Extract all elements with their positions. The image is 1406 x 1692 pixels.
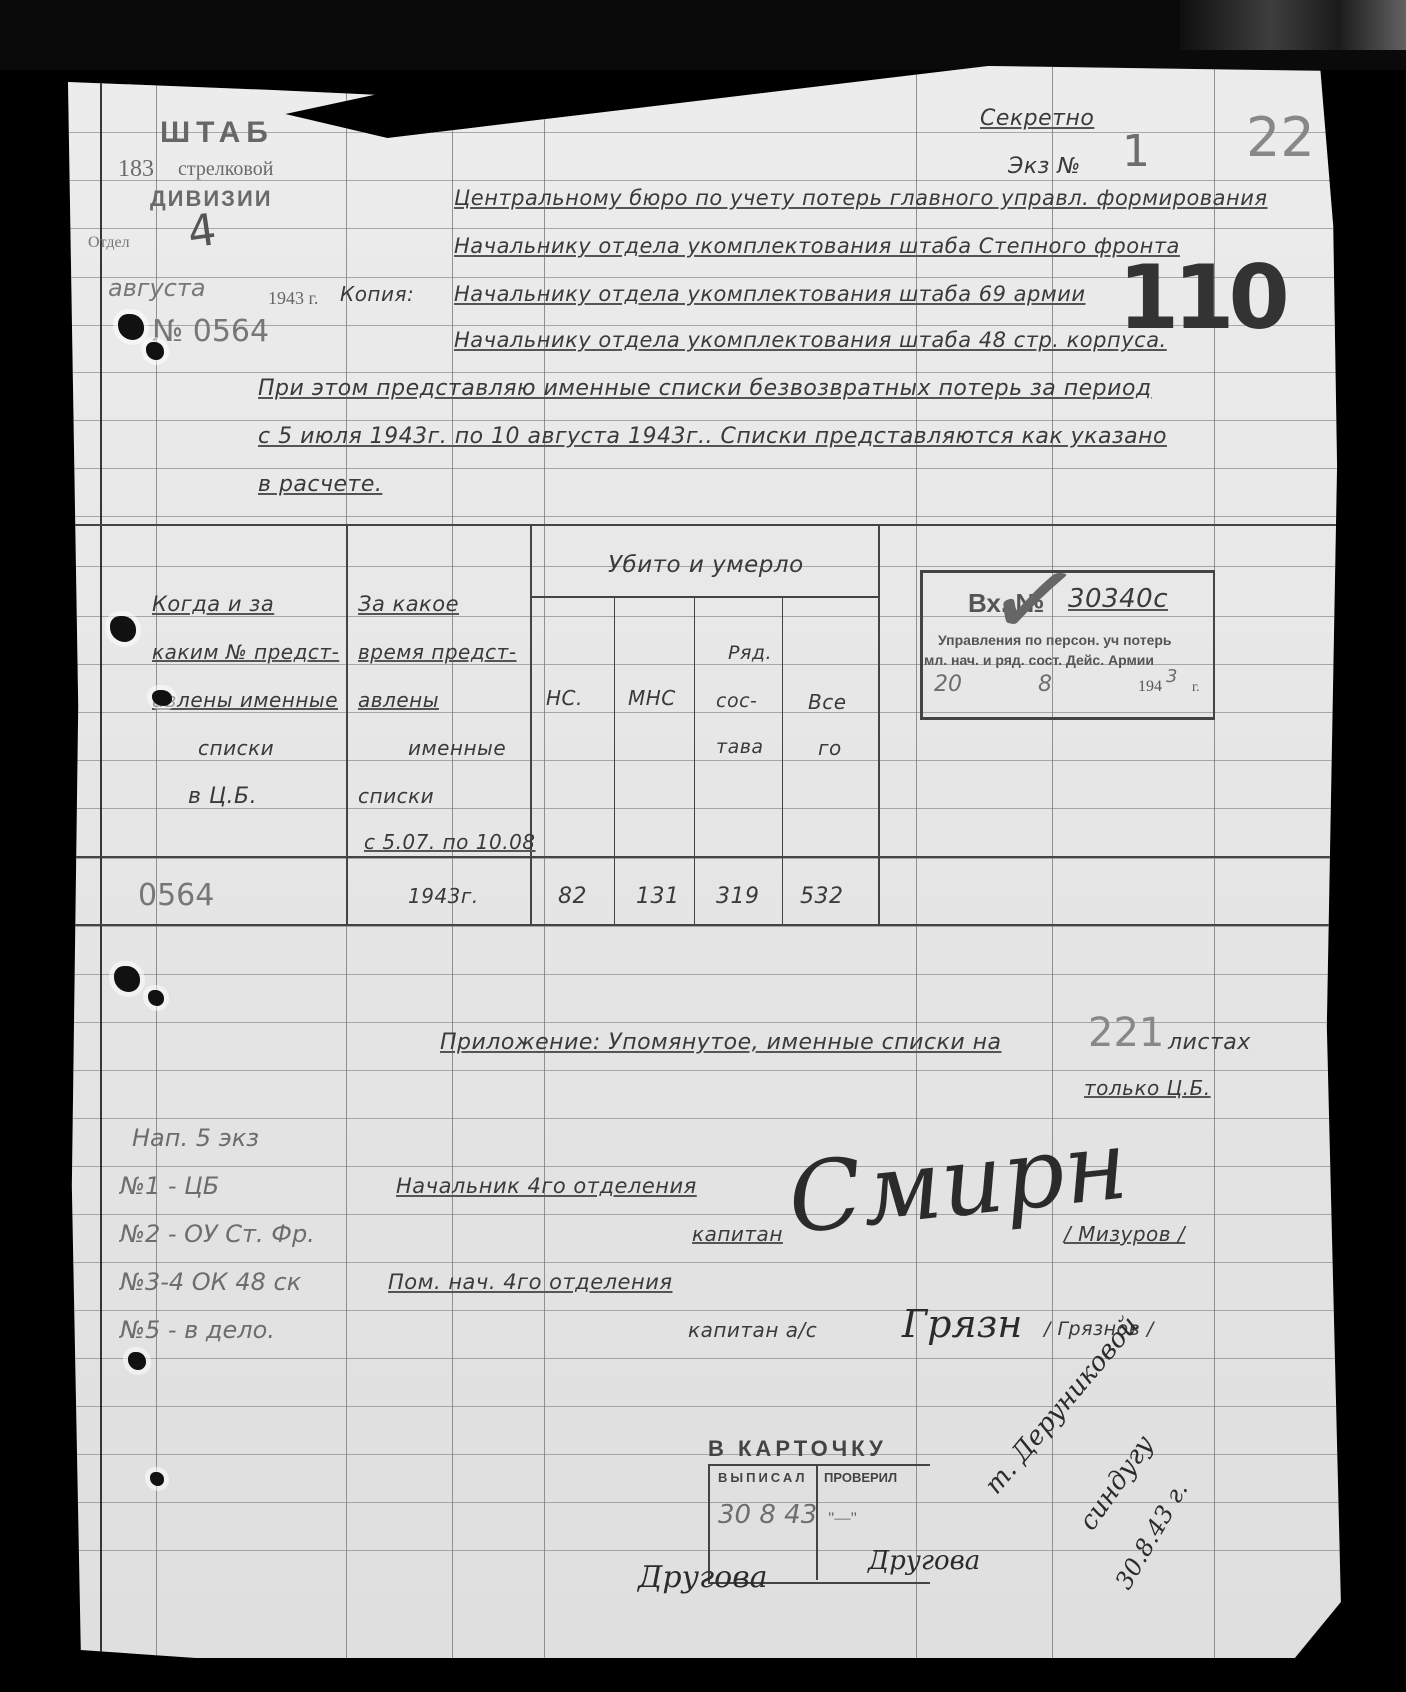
stamp-staff-title: ШТАБ xyxy=(160,116,274,150)
table-border xyxy=(68,524,1346,526)
card-stamp-signature-bottom: Другова xyxy=(638,1560,768,1595)
ruled-line xyxy=(68,516,1346,517)
ruled-line xyxy=(68,808,1346,809)
reg-stamp-day: 20 xyxy=(934,672,962,697)
copy-label: Экз № xyxy=(1008,154,1081,179)
stamp-division-number: 183 xyxy=(118,156,154,183)
ruled-line xyxy=(68,1070,1346,1071)
group-header-killed: Убито и умерло xyxy=(608,552,804,578)
card-stamp-signature-mid: Другова xyxy=(868,1546,980,1576)
ruled-line xyxy=(68,372,1346,373)
punch-hole xyxy=(128,1352,146,1370)
ruled-line xyxy=(68,974,1346,975)
ruled-line xyxy=(68,926,1346,927)
column-line xyxy=(544,66,545,1666)
distribution-item-2: №2 - ОУ Ст. Фр. xyxy=(120,1220,315,1248)
card-stamp-date-written: 30 8 43 xyxy=(718,1500,817,1530)
row-value-total: 532 xyxy=(800,884,844,909)
punch-hole xyxy=(152,690,172,706)
card-stamp-date-checked: "—" xyxy=(828,1510,857,1528)
card-stamp-col2: ПРОВЕРИЛ xyxy=(824,1470,897,1485)
row-value-mns: 131 xyxy=(636,884,680,909)
ruled-line xyxy=(68,468,1346,469)
subheader-ryad-2: сос- xyxy=(716,690,757,712)
secret-label: Секретно xyxy=(980,106,1094,131)
punch-hole xyxy=(150,1472,164,1486)
copy-number: 1 xyxy=(1122,126,1150,177)
chief-title: Начальник 4го отделения xyxy=(396,1174,697,1198)
row-period-line1: с 5.07. по 10.08 xyxy=(364,830,536,854)
stamp-date-year: 1943 г. xyxy=(268,288,318,309)
card-stamp-col1: ВЫПИСАЛ xyxy=(718,1470,808,1485)
archive-page-number: 22 xyxy=(1246,106,1315,169)
reg-stamp-year-suffix: 3 xyxy=(1166,666,1177,687)
body-line-2: с 5 июля 1943г. по 10 августа 1943г.. Сп… xyxy=(258,424,1167,449)
table-border xyxy=(878,526,880,926)
ruled-line xyxy=(68,858,1346,859)
col2-header-5: списки xyxy=(358,784,434,808)
dept-label: Отдел xyxy=(88,234,130,252)
punch-hole xyxy=(146,342,164,360)
addressee-3: Начальнику отдела укомплектования штаба … xyxy=(454,282,1086,306)
ruled-line xyxy=(68,1214,1346,1215)
attachment-line1: Приложение: Упомянутое, именные списки н… xyxy=(440,1030,1002,1055)
reg-stamp-year-prefix: 194 xyxy=(1138,678,1162,696)
reg-stamp-year-end: г. xyxy=(1192,680,1200,696)
row-value-ns: 82 xyxy=(558,884,587,909)
attachment-sheet-count: 221 xyxy=(1088,1010,1164,1056)
row-list-number: 0564 xyxy=(138,878,214,913)
ruled-line xyxy=(68,1406,1346,1407)
copy-label-kopiya: Копия: xyxy=(340,282,414,306)
reg-stamp-number: 30340с xyxy=(1068,584,1168,614)
table-border xyxy=(530,526,532,926)
ruled-line xyxy=(68,1118,1346,1119)
deputy-signature: Грязн xyxy=(902,1302,1022,1346)
distribution-title: Нап. 5 экз xyxy=(132,1124,259,1152)
reg-stamp-month: 8 xyxy=(1038,672,1052,697)
subheader-ryad-1: Ряд. xyxy=(728,642,772,664)
col1-header-2: каким № предст- xyxy=(152,640,339,664)
outgoing-number: № 0564 xyxy=(152,314,269,349)
margin-line xyxy=(100,66,102,1666)
tape-fragment xyxy=(1180,0,1406,50)
ruled-line xyxy=(68,1358,1346,1359)
column-line xyxy=(156,66,157,1666)
subheader-total-1: Все xyxy=(808,690,847,714)
col1-header-3: авлены именные xyxy=(152,688,338,712)
table-border xyxy=(346,526,348,926)
stamp-date-month: августа xyxy=(108,274,206,302)
column-line xyxy=(916,66,917,1666)
dept-number: 4 xyxy=(185,204,220,258)
addressee-2: Начальнику отдела укомплектования штаба … xyxy=(454,234,1180,258)
distribution-item-4: №5 - в дело. xyxy=(120,1316,275,1344)
row-value-ryad: 319 xyxy=(716,884,760,909)
table-border xyxy=(532,596,878,598)
col1-header-5: в Ц.Б. xyxy=(188,784,257,809)
col2-header-1: За какое xyxy=(358,592,459,616)
col2-header-3: авлены xyxy=(358,688,439,712)
punch-hole xyxy=(114,966,140,992)
body-line-1: При этом представляю именные списки безв… xyxy=(258,376,1152,401)
table-border xyxy=(694,596,695,924)
subheader-ns: НС. xyxy=(546,686,583,710)
subheader-total-2: го xyxy=(818,736,842,760)
column-line xyxy=(452,66,453,1666)
chief-name: / Мизуров / xyxy=(1064,1222,1185,1246)
addressee-4: Начальнику отдела укомплектования штаба … xyxy=(454,328,1167,352)
punch-hole xyxy=(118,314,144,340)
ruled-line xyxy=(68,760,1346,761)
subheader-mns: МНС xyxy=(628,686,676,710)
col2-header-4: именные xyxy=(408,736,506,760)
distribution-item-1: №1 - ЦБ xyxy=(120,1172,219,1200)
punch-hole xyxy=(148,990,164,1006)
body-line-3: в расчете. xyxy=(258,472,382,497)
deputy-title: Пом. нач. 4го отделения xyxy=(388,1270,672,1294)
table-border xyxy=(614,596,615,924)
table-border xyxy=(68,924,1346,926)
chief-rank: капитан xyxy=(692,1222,783,1246)
punch-hole xyxy=(110,616,136,642)
col1-header-1: Когда и за xyxy=(152,592,274,616)
ruled-line xyxy=(68,1310,1346,1311)
document-page: ШТАБ 183 стрелковой ДИВИЗИИ Отдел 4 авгу… xyxy=(68,66,1346,1666)
ruled-line xyxy=(68,1262,1346,1263)
ruled-line xyxy=(68,1166,1346,1167)
card-stamp-title: В КАРТОЧКУ xyxy=(708,1436,887,1462)
large-pencil-mark: 110 xyxy=(1118,246,1284,349)
col2-header-2: время предст- xyxy=(358,640,517,664)
row-period-line2: 1943г. xyxy=(408,884,479,908)
addressee-1: Центральному бюро по учету потерь главно… xyxy=(454,186,1268,210)
subheader-ryad-3: тава xyxy=(716,736,764,758)
deputy-rank: капитан а/с xyxy=(688,1318,817,1342)
distribution-item-3: №3-4 ОК 48 ск xyxy=(120,1268,301,1296)
ruled-line xyxy=(68,228,1346,229)
stamp-division-type: стрелковой xyxy=(178,158,273,181)
table-border xyxy=(782,596,783,924)
col1-header-4: списки xyxy=(198,736,274,760)
table-border xyxy=(68,856,1346,858)
attachment-line1-end: листах xyxy=(1168,1030,1251,1055)
attachment-line2: только Ц.Б. xyxy=(1084,1076,1211,1100)
ruled-line xyxy=(68,420,1346,421)
